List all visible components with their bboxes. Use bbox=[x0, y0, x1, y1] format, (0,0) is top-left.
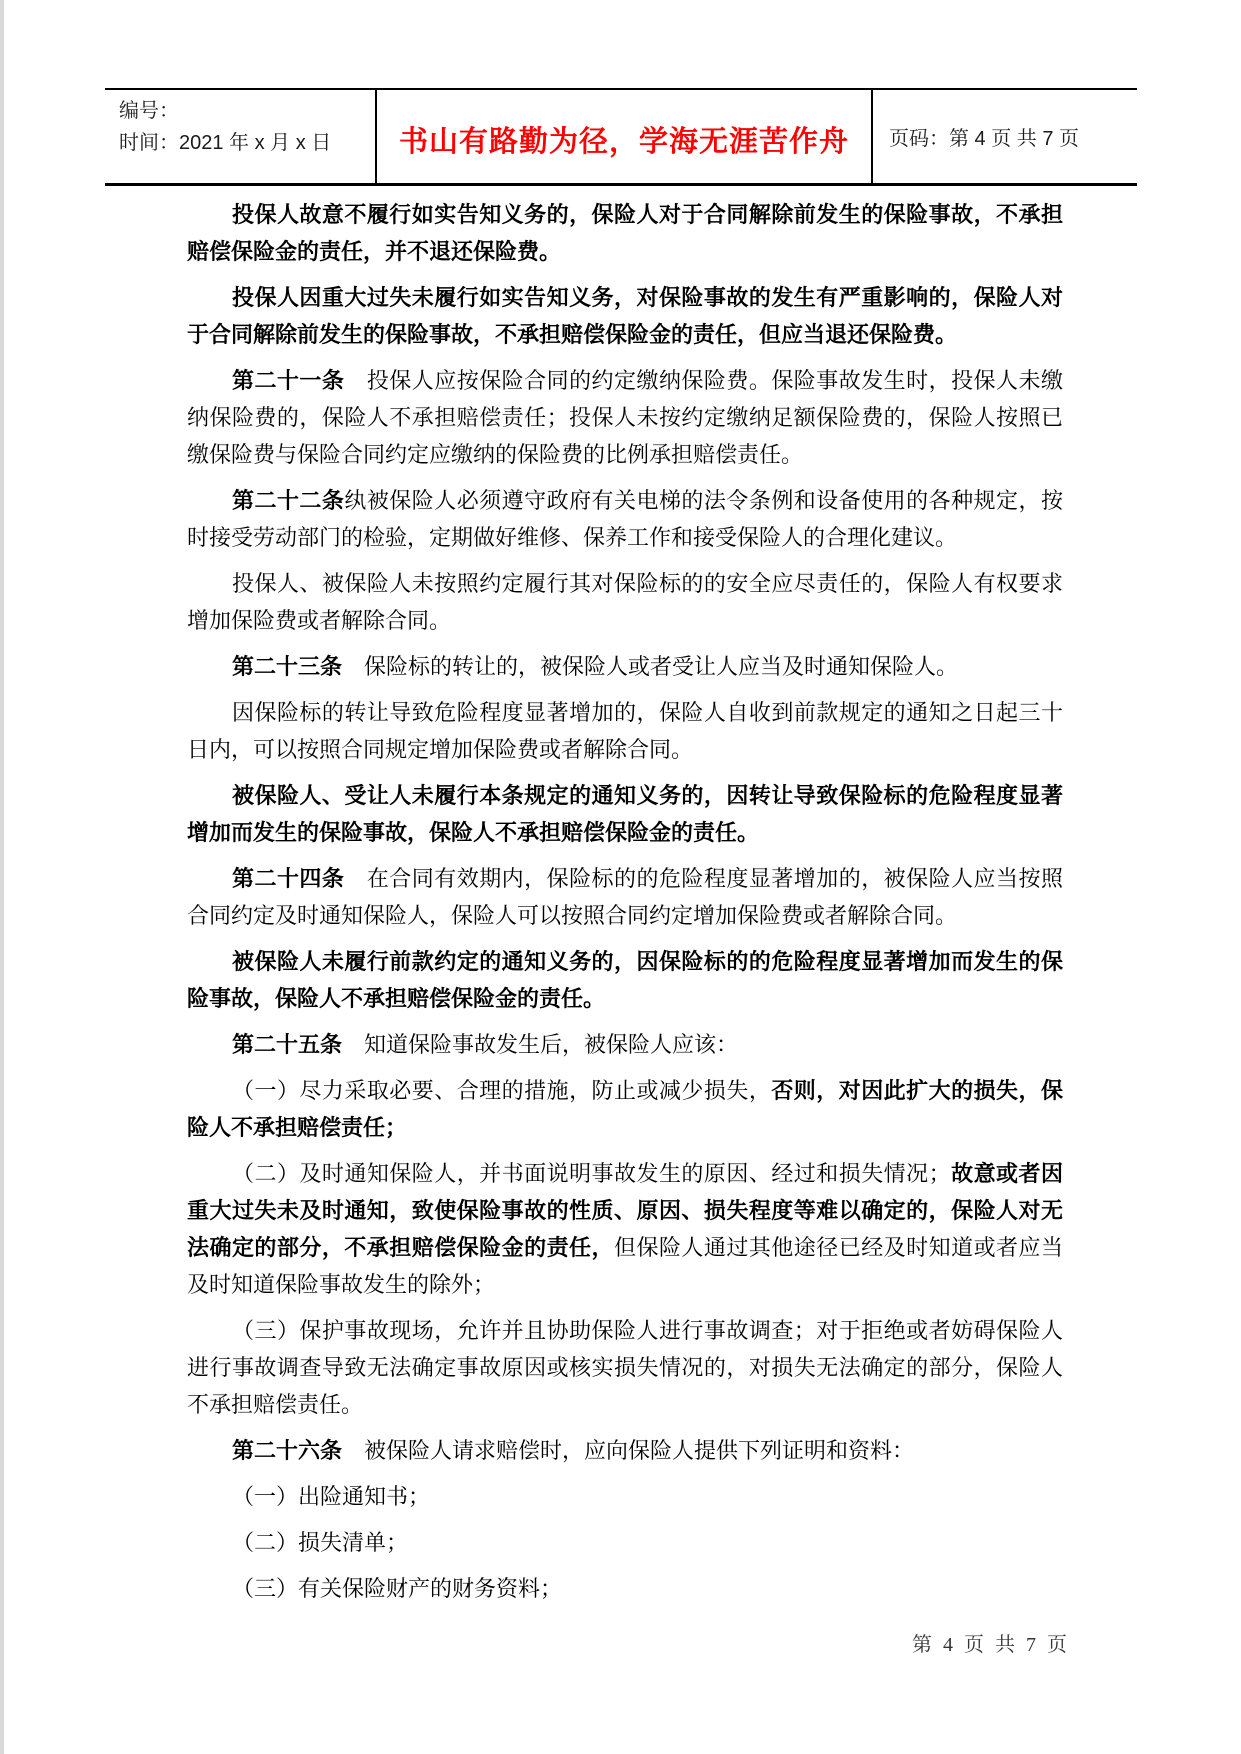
document-body: 投保人故意不履行如实告知义务的，保险人对于合同解除前发生的保险事故，不承担赔偿保… bbox=[187, 196, 1063, 1616]
text-run: 因保险标的转让导致危险程度显著增加的，保险人自收到前款规定的通知之日起三十日内，… bbox=[187, 700, 1063, 762]
paragraph: 第二十四条 在合同有效期内，保险标的的危险程度显著增加的，被保险人应当按照合同约… bbox=[187, 860, 1063, 934]
paragraph: 因保险标的转让导致危险程度显著增加的，保险人自收到前款规定的通知之日起三十日内，… bbox=[187, 694, 1063, 768]
paragraph: 第二十一条 投保人应按保险合同的约定缴纳保险费。保险事故发生时，投保人未缴纳保险… bbox=[187, 362, 1063, 473]
paragraph: 第二十二条纨被保险人必须遵守政府有关电梯的法令条例和设备使用的各种规定，按时接受… bbox=[187, 482, 1063, 556]
text-run: （三）有关保险财产的财务资料； bbox=[232, 1576, 562, 1601]
paragraph: 第二十六条 被保险人请求赔偿时，应向保险人提供下列证明和资料： bbox=[187, 1432, 1063, 1469]
header-motto: 书山有路勤为径，学海无涯苦作舟 bbox=[399, 113, 849, 160]
text-run: 保险标的转让的，被保险人或者受让人应当及时通知保险人。 bbox=[342, 654, 958, 679]
header-meta-cell: 编号： 时间：2021 年 x 月 x 日 bbox=[105, 90, 375, 183]
page-header: 编号： 时间：2021 年 x 月 x 日 书山有路勤为径，学海无涯苦作舟 页码… bbox=[105, 88, 1137, 186]
text-run: 被保险人请求赔偿时，应向保险人提供下列证明和资料： bbox=[342, 1438, 914, 1463]
document-page: 编号： 时间：2021 年 x 月 x 日 书山有路勤为径，学海无涯苦作舟 页码… bbox=[0, 0, 1241, 1754]
text-run: （一）尽力采取必要、合理的措施，防止或减少损失， bbox=[232, 1078, 771, 1103]
text-run: （二）及时通知保险人，并书面说明事故发生的原因、经过和损失情况； bbox=[232, 1161, 951, 1186]
doc-number-label: 编号： bbox=[119, 95, 375, 127]
paragraph: （一）出险通知书； bbox=[187, 1478, 1063, 1515]
paragraph: （三）有关保险财产的财务资料； bbox=[187, 1570, 1063, 1607]
bold-text-run: 投保人因重大过失未履行如实告知义务，对保险事故的发生有严重影响的，保险人对于合同… bbox=[187, 285, 1063, 347]
paragraph: 投保人故意不履行如实告知义务的，保险人对于合同解除前发生的保险事故，不承担赔偿保… bbox=[187, 196, 1063, 270]
text-run: （三）保护事故现场，允许并且协助保险人进行事故调查；对于拒绝或者妨碍保险人进行事… bbox=[187, 1318, 1063, 1417]
bold-text-run: 第二十五条 bbox=[232, 1032, 342, 1057]
paragraph: 投保人、被保险人未按照约定履行其对保险标的的安全应尽责任的，保险人有权要求增加保… bbox=[187, 565, 1063, 639]
paragraph: （一）尽力采取必要、合理的措施，防止或减少损失，否则，对因此扩大的损失，保险人不… bbox=[187, 1072, 1063, 1146]
page-footer: 第 4 页 共 7 页 bbox=[912, 1628, 1070, 1657]
doc-time-label: 时间：2021 年 x 月 x 日 bbox=[119, 127, 375, 159]
footer-page-number: 第 4 页 共 7 页 bbox=[912, 1634, 1070, 1656]
bold-text-run: 第二十二条 bbox=[232, 488, 344, 513]
bold-text-run: 第二十六条 bbox=[232, 1438, 342, 1463]
paragraph: （二）损失清单； bbox=[187, 1524, 1063, 1561]
bold-text-run: 被保险人、受让人未履行本条规定的通知义务的，因转让导致保险标的危险程度显著增加而… bbox=[187, 783, 1063, 845]
text-run: （二）损失清单； bbox=[232, 1530, 408, 1555]
bold-text-run: 第二十三条 bbox=[232, 654, 342, 679]
text-run: 投保人、被保险人未按照约定履行其对保险标的的安全应尽责任的，保险人有权要求增加保… bbox=[187, 571, 1063, 633]
bold-text-run: 第二十四条 bbox=[232, 866, 344, 891]
paragraph: （二）及时通知保险人，并书面说明事故发生的原因、经过和损失情况；故意或者因重大过… bbox=[187, 1155, 1063, 1303]
header-page-number: 页码：第 4 页 共 7 页 bbox=[889, 122, 1079, 151]
paragraph: （三）保护事故现场，允许并且协助保险人进行事故调查；对于拒绝或者妨碍保险人进行事… bbox=[187, 1312, 1063, 1423]
text-run: 知道保险事故发生后，被保险人应该： bbox=[342, 1032, 738, 1057]
paragraph: 被保险人未履行前款约定的通知义务的，因保险标的的危险程度显著增加而发生的保险事故… bbox=[187, 943, 1063, 1017]
bold-text-run: 第二十一条 bbox=[232, 368, 344, 393]
paragraph: 第二十五条 知道保险事故发生后，被保险人应该： bbox=[187, 1026, 1063, 1063]
header-page-cell: 页码：第 4 页 共 7 页 bbox=[871, 90, 1137, 183]
text-run: （一）出险通知书； bbox=[232, 1484, 430, 1509]
paragraph: 被保险人、受让人未履行本条规定的通知义务的，因转让导致保险标的危险程度显著增加而… bbox=[187, 777, 1063, 851]
bold-text-run: 投保人故意不履行如实告知义务的，保险人对于合同解除前发生的保险事故，不承担赔偿保… bbox=[187, 202, 1063, 264]
paragraph: 第二十三条 保险标的转让的，被保险人或者受让人应当及时通知保险人。 bbox=[187, 648, 1063, 685]
paragraph: 投保人因重大过失未履行如实告知义务，对保险事故的发生有严重影响的，保险人对于合同… bbox=[187, 279, 1063, 353]
bold-text-run: 被保险人未履行前款约定的通知义务的，因保险标的的危险程度显著增加而发生的保险事故… bbox=[187, 949, 1063, 1011]
header-motto-cell: 书山有路勤为径，学海无涯苦作舟 bbox=[375, 90, 871, 183]
